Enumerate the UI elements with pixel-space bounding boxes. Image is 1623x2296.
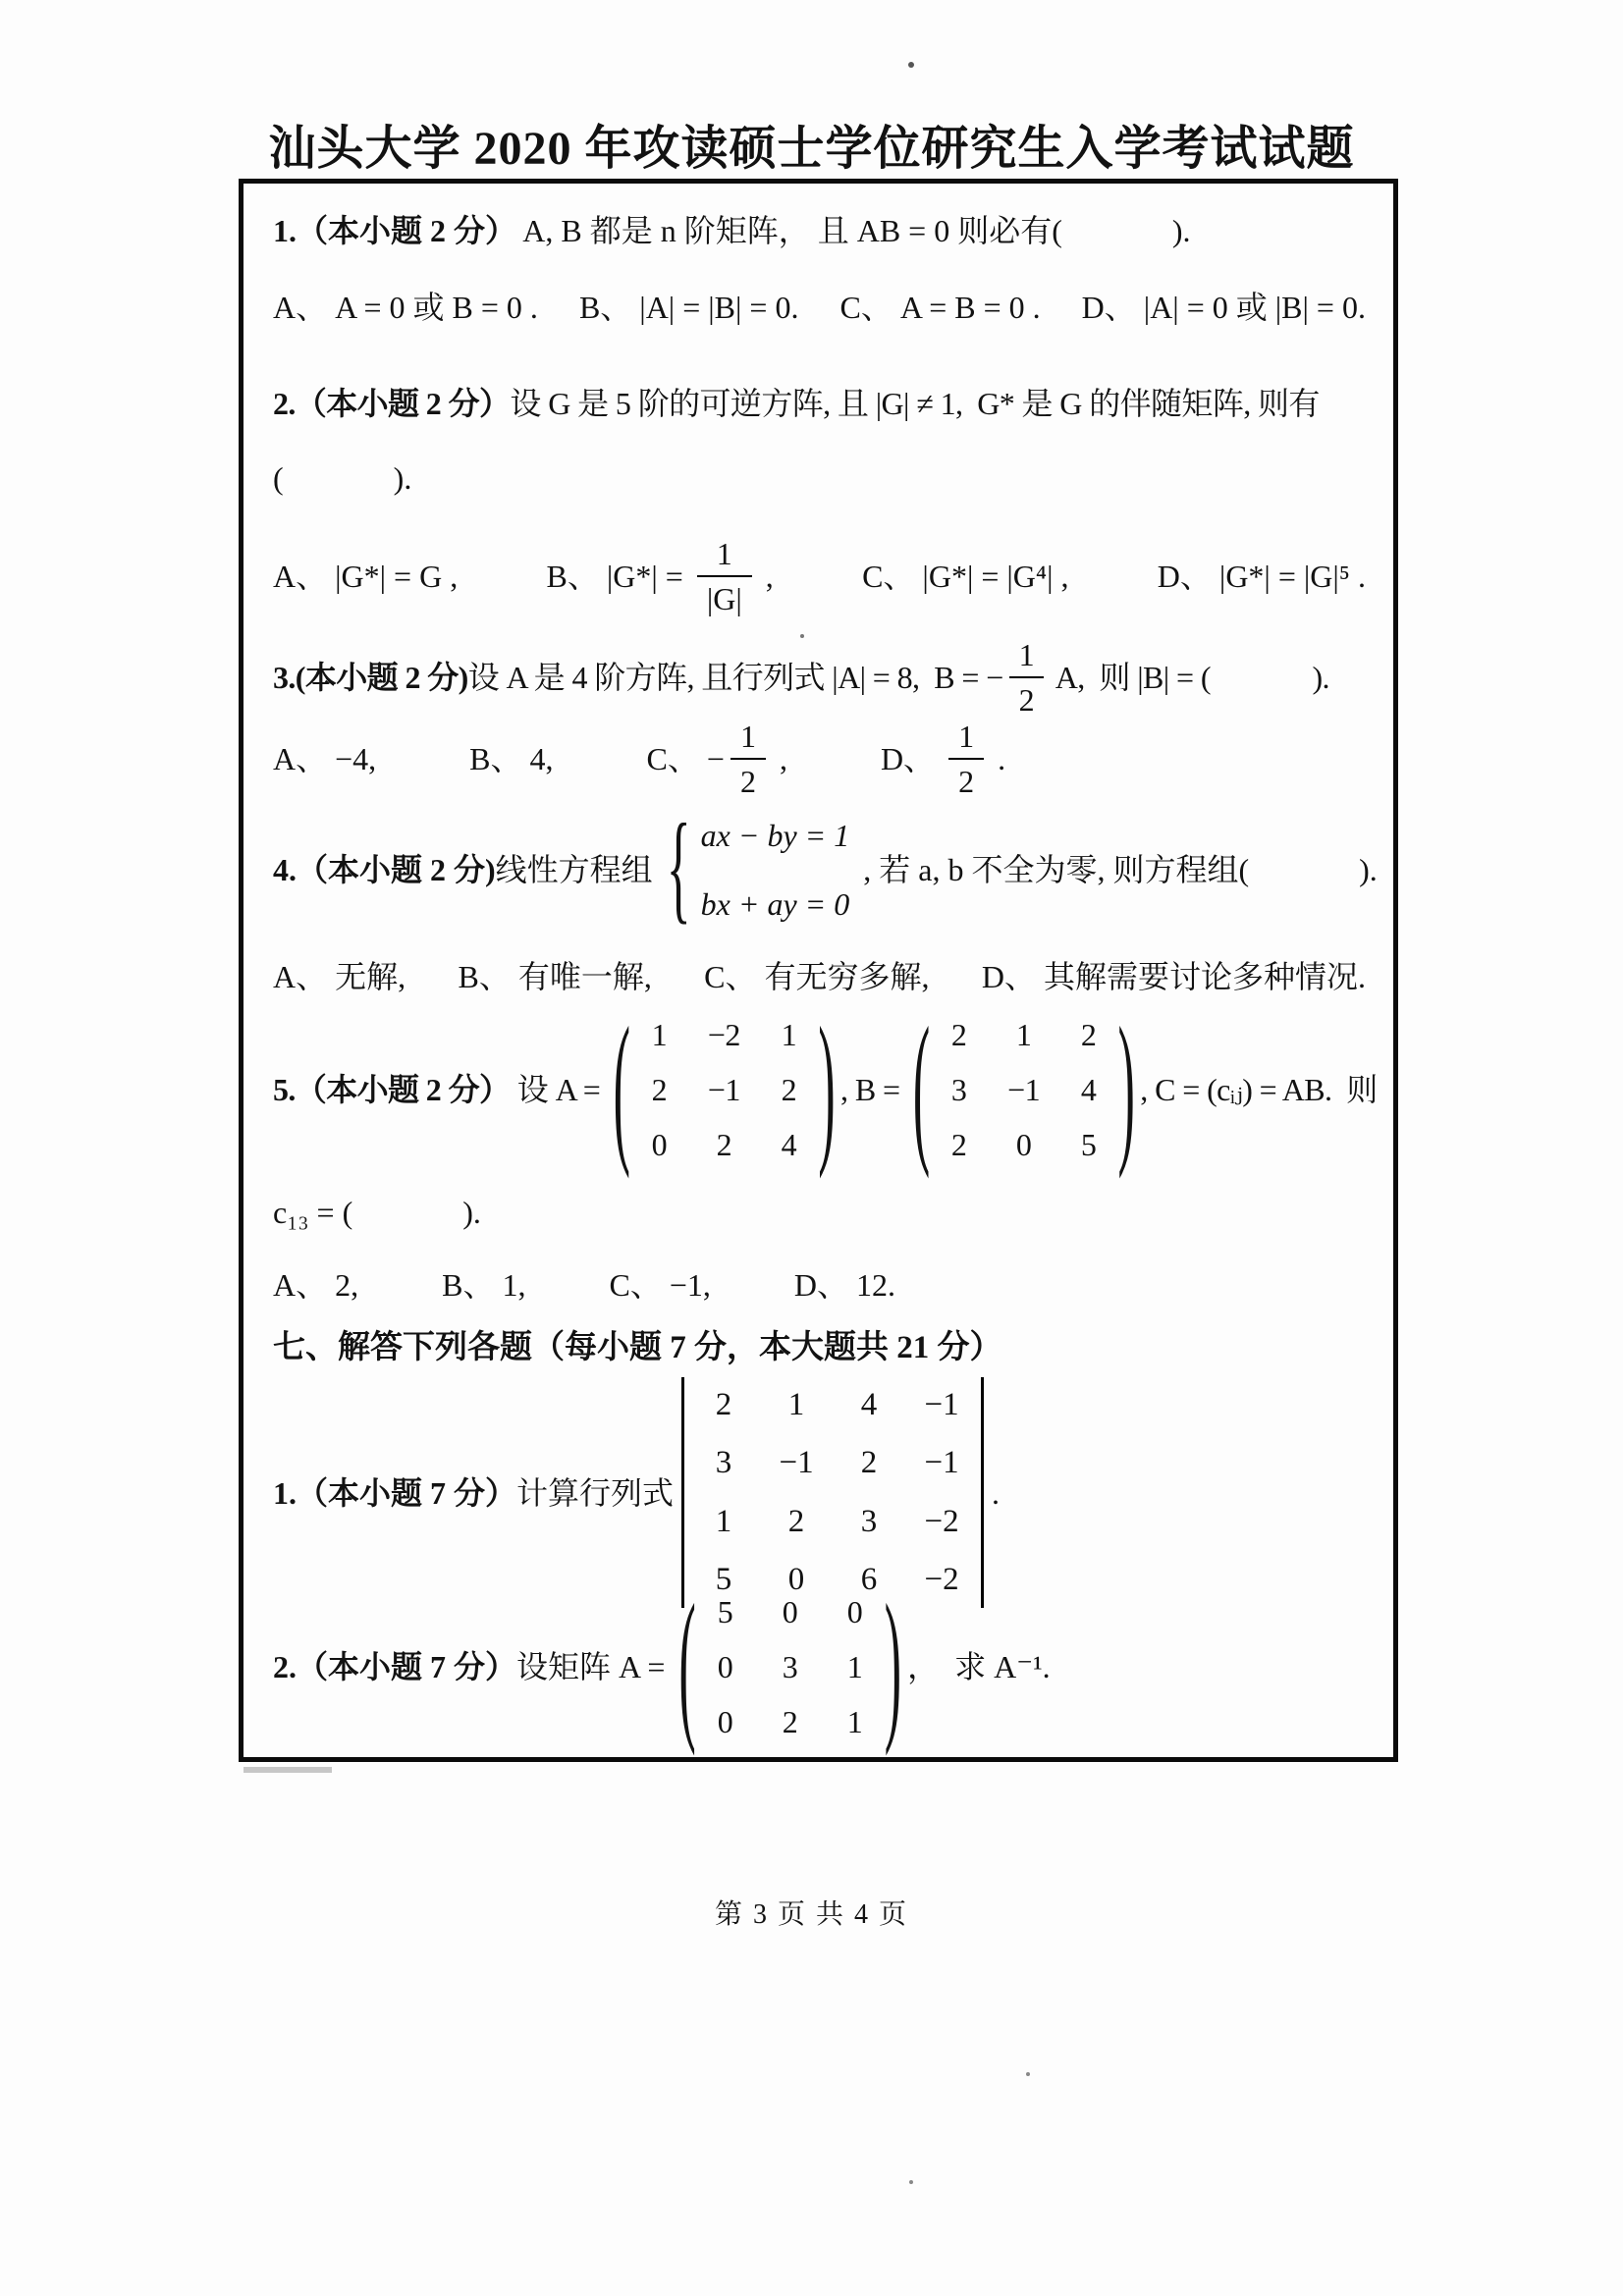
matrix-b: ( 2123−14205 ) [913,1011,1134,1168]
matrix-cell: 4 [1071,1070,1107,1109]
exam-page: 汕头大学 2020 年攻读硕士学位研究生入学考试试题 1.（本小题 2 分） A… [0,0,1623,2296]
matrix-cell: 2 [773,1702,808,1741]
matrix-cell: −1 [922,1443,961,1483]
matrix-cell: 2 [641,1070,676,1109]
equation-2: bx + ay = 0 [701,884,850,924]
matrix-cell: 1 [704,1502,743,1542]
q3-option-a: A、 −4, [273,739,376,778]
matrix-cell: 5 [1071,1125,1107,1164]
matrix-cell: 2 [942,1015,977,1054]
matrix-cell: 2 [704,1385,743,1425]
s7q2-matrix-grid: 500031021 [696,1588,885,1745]
page-title: 汕头大学 2020 年攻读硕士学位研究生入学考试试题 [0,110,1623,178]
matrix-cell: 3 [849,1502,889,1542]
matrix-cell: −1 [777,1443,816,1483]
matrix-cell: 4 [771,1125,806,1164]
question-1-number: 1.（本小题 2 分） [273,211,516,250]
q5-option-b: B、 1, [442,1265,525,1305]
q1-option-c: C、 A = B = 0 . [840,288,1041,327]
matrix-cell: 0 [641,1125,676,1164]
question-2-number: 2.（本小题 2 分） [273,384,510,423]
matrix-cell: 0 [1006,1125,1042,1164]
q5-option-a: A、 2, [273,1265,358,1305]
question-5-options: A、 2, B、 1, C、 −1, D、 12. [273,1265,1381,1305]
q3-option-c: C、 − 1 2 , [647,721,787,797]
question-3-number: 3.(本小题 2 分) [273,658,468,697]
fraction: 1 2 [948,721,984,797]
matrix-cell: −2 [922,1502,961,1542]
q2-option-c: C、 |G*| = |G⁴| , [862,557,1068,596]
q2-option-a: A、 |G*| = G , [273,557,458,596]
matrix-a-inverse: ( 500031021 ) [678,1588,901,1745]
matrix-b-grid: 2123−14205 [930,1011,1118,1168]
matrix-cell: 1 [777,1385,816,1425]
q3-option-b: B、 4, [469,739,553,778]
q1-option-a: A、 A = 0 或 B = 0 . [273,288,538,327]
question-4-stem: 4.（本小题 2 分)线性方程组 { ax − by = 1 bx + ay =… [273,798,1381,940]
matrix-cell: 2 [706,1125,741,1164]
q5-option-c: C、 −1, [609,1265,710,1305]
matrix-cell: 2 [942,1125,977,1164]
question-5-number: 5.（本小题 2 分） [273,1070,510,1109]
matrix-cell: 0 [773,1592,808,1631]
question-5-c13-blank: c₁₃ = ( ). [273,1193,1381,1232]
q5-option-d: D、 12. [794,1265,895,1305]
matrix-cell: −2 [706,1015,741,1054]
question-2-blank-parens: ( ). [273,458,411,498]
matrix-cell: 2 [777,1502,816,1542]
q1-option-d: D、 |A| = 0 或 |B| = 0. [1082,288,1366,327]
matrix-cell: 0 [708,1647,743,1686]
question-4-number: 4.（本小题 2 分) [273,850,496,889]
q2-option-b: B、 |G*| = 1 |G| , [547,538,774,614]
question-1-text: A, B 都是 n 阶矩阵， 且 AB = 0 则必有( ). [516,211,1191,250]
question-1-options: A、 A = 0 或 B = 0 . B、 |A| = |B| = 0. C、 … [273,288,1381,327]
scan-smear [243,1767,332,1773]
fraction: 1 |G| [697,538,752,614]
right-paren-icon: ) [818,1026,835,1152]
matrix-a: ( 1−212−12024 ) [614,1011,835,1168]
question-2-stem: 2.（本小题 2 分）设 G 是 5 阶的可逆方阵, 且 |G| ≠ 1, G*… [273,384,1381,423]
section7-question-1: 1.（本小题 7 分）计算行列式 214−13−12−1123−2506−2 . [273,1377,1381,1608]
matrix-cell: 3 [773,1647,808,1686]
section7-question-2: 2.（本小题 7 分）设矩阵 A = ( 500031021 ) ， 求 A⁻¹… [273,1585,1381,1747]
question-1-stem: 1.（本小题 2 分） A, B 都是 n 阶矩阵， 且 AB = 0 则必有(… [273,211,1381,250]
matrix-cell: 0 [708,1702,743,1741]
scan-speck [909,2180,913,2184]
matrix-cell: 0 [838,1592,873,1631]
matrix-cell: 3 [704,1443,743,1483]
equation-1: ax − by = 1 [701,816,850,855]
matrix-cell: −1 [1006,1070,1042,1109]
matrix-cell: 2 [771,1070,806,1109]
scan-speck [908,62,914,68]
determinant-grid: 214−13−12−1123−2506−2 [681,1377,984,1608]
left-brace-icon: { [667,824,691,916]
s7q2-number: 2.（本小题 7 分） [273,1647,516,1686]
matrix-cell: 1 [641,1015,676,1054]
question-2-blank: ( ). [273,458,1381,498]
q3-option-d: D、 1 2 . [881,721,1005,797]
scan-speck [1026,2072,1030,2076]
matrix-cell: 1 [838,1702,873,1741]
page-footer: 第 3 页 共 4 页 [0,1893,1623,1932]
question-box: 1.（本小题 2 分） A, B 都是 n 阶矩阵， 且 AB = 0 则必有(… [239,179,1398,1762]
right-paren-icon: ) [1118,1026,1135,1152]
q1-option-b: B、 |A| = |B| = 0. [579,288,799,327]
q2-option-d: D、 |G*| = |G|⁵ . [1158,557,1366,596]
matrix-cell: 4 [849,1385,889,1425]
question-5-stem: 5.（本小题 2 分） 设 A = ( 1−212−12024 ) , B = … [273,988,1381,1190]
matrix-cell: −1 [922,1385,961,1425]
matrix-cell: 1 [838,1647,873,1686]
section-7-header: 七、解答下列各题（每小题 7 分，本大题共 21 分） [273,1328,1381,1368]
equation-system: { ax − by = 1 bx + ay = 0 [667,816,850,924]
matrix-a-grid: 1−212−12024 [629,1011,818,1168]
left-paren-icon: ( [614,1026,630,1152]
matrix-cell: 1 [771,1015,806,1054]
matrix-cell: 2 [1071,1015,1107,1054]
fraction: 1 2 [730,721,766,797]
matrix-cell: −1 [706,1070,741,1109]
matrix-cell: 3 [942,1070,977,1109]
right-paren-icon: ) [885,1603,901,1730]
matrix-cell: 1 [1006,1015,1042,1054]
question-2-text: 设 G 是 5 阶的可逆方阵, 且 |G| ≠ 1, G* 是 G 的伴随矩阵,… [510,384,1319,423]
left-paren-icon: ( [678,1603,695,1730]
left-paren-icon: ( [913,1026,930,1152]
matrix-cell: 5 [708,1592,743,1631]
s7q1-number: 1.（本小题 7 分） [273,1473,516,1513]
matrix-cell: 2 [849,1443,889,1483]
